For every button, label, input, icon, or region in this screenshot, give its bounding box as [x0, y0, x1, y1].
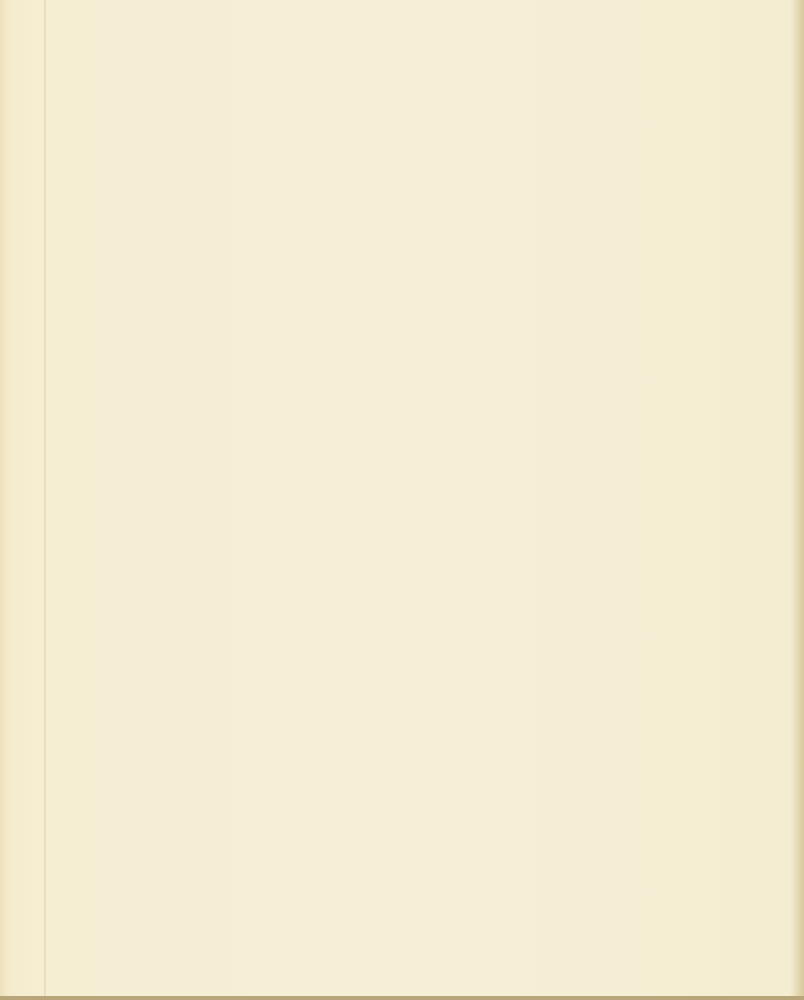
binding-fold — [44, 0, 46, 1000]
manuscript-page — [0, 0, 804, 1000]
